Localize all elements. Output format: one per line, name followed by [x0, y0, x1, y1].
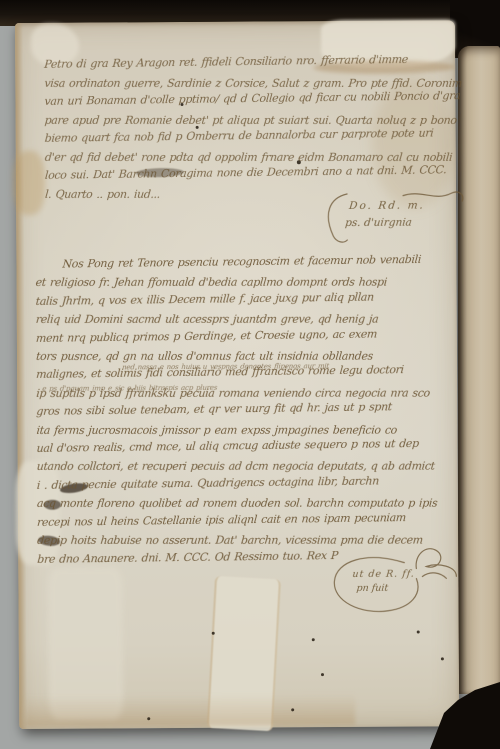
- ink-dot: [312, 638, 315, 641]
- ink-dot: [291, 708, 294, 711]
- docket-line: ut de R. ff.: [352, 569, 416, 580]
- manuscript-photo: Petro di gra Rey Aragon ret. ffideli Con…: [0, 0, 500, 749]
- docket-line: Do. Rd. m.: [349, 199, 426, 211]
- interlinear-addition: ned nassa e nos huius u vespnas donantes…: [121, 357, 329, 377]
- ink-dot: [212, 632, 215, 635]
- docket-line: pn fuit: [356, 583, 389, 594]
- registration-docket: ut de R. ff. pn fuit: [326, 554, 456, 619]
- manuscript-line: Petro di gra Rey Aragon ret. ffideli Con…: [44, 50, 451, 74]
- ink-dot: [441, 657, 444, 660]
- chancery-docket: Do. Rd. m. ps. d'uirgnia: [319, 187, 469, 248]
- repair-strip: [207, 576, 281, 731]
- ink-dot: [417, 631, 420, 634]
- manuscript-line: ual d'osro realis, cmd mce, ul aliq cmcu…: [36, 435, 451, 459]
- page-gutter-edge: [15, 23, 27, 729]
- text-block-2: Nos Pong ret Tenore psenciu recognoscim …: [35, 253, 451, 568]
- book-fore-edge: [458, 46, 500, 694]
- docket-line: ps. d'uirgnia: [345, 217, 413, 229]
- docket-oval: [326, 554, 456, 619]
- manuscript-line: Nos Pong ret Tenore psenciu recognoscim …: [35, 250, 450, 274]
- repair-patch: [48, 567, 123, 719]
- manuscript-line: gros nos sibi solue tenebam, et qr ver u…: [36, 398, 451, 422]
- ink-dot: [321, 673, 324, 676]
- ink-dot: [147, 717, 150, 720]
- text-block-1: Petro di gra Rey Aragon ret. ffideli Con…: [44, 53, 451, 203]
- manuscript-page: Petro di gra Rey Aragon ret. ffideli Con…: [15, 20, 459, 729]
- interlinear-addition: e ps d'pquam imp e sic e hijs bitraspis …: [41, 379, 217, 398]
- stain-tideline: [25, 693, 355, 727]
